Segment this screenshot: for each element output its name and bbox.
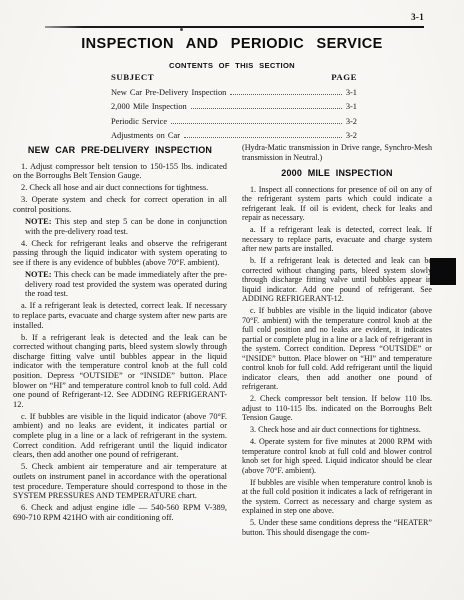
- right-column: (Hydra-Matic transmission in Drive range…: [242, 143, 432, 540]
- section-tab-marker: [430, 258, 456, 285]
- toc-subject-header: SUBJECT: [111, 72, 154, 82]
- step-paragraph: 2. Check all hose and air duct connectio…: [13, 183, 227, 193]
- toc-subject: New Car Pre-Delivery Inspection: [111, 88, 226, 97]
- step-paragraph: 2. Check compressor belt tension. If bel…: [242, 394, 432, 423]
- contents-header-row: SUBJECT PAGE: [111, 72, 357, 82]
- note-label: NOTE:: [25, 270, 52, 279]
- step-paragraph: b. If a refrigerant leak is detected and…: [13, 333, 227, 410]
- step-paragraph: If bubbles are visible when temperature …: [242, 478, 432, 516]
- note-label: NOTE:: [25, 217, 52, 226]
- step-paragraph: a. If a refrigerant leak is detected, co…: [13, 301, 227, 330]
- step-paragraph: 5. Under these same conditions depress t…: [242, 518, 432, 537]
- step-paragraph: 4. Operate system for five minutes at 20…: [242, 437, 432, 475]
- contents-heading: CONTENTS OF THIS SECTION: [0, 61, 464, 70]
- step-paragraph: 3. Check hose and air duct connections f…: [242, 425, 432, 435]
- toc-subject: Adjustments on Car: [111, 131, 180, 140]
- step-paragraph: 5. Check ambient air temperature and air…: [13, 462, 227, 500]
- contents-row: 2,000 Mile Inspection 3-1: [111, 102, 357, 111]
- toc-leader: [171, 122, 342, 124]
- toc-page: 3-1: [346, 88, 357, 97]
- section-heading-pre-delivery: NEW CAR PRE-DELIVERY INSPECTION: [13, 146, 227, 156]
- intro-paragraph: (Hydra-Matic transmission in Drive range…: [242, 143, 432, 162]
- header-rule: [45, 26, 424, 28]
- contents-table: SUBJECT PAGE New Car Pre-Delivery Inspec…: [111, 72, 357, 140]
- toc-page-header: PAGE: [331, 72, 357, 82]
- step-paragraph: c. If bubbles are visible in the liquid …: [13, 412, 227, 460]
- step-paragraph: 4. Check for refrigerant leaks and obser…: [13, 239, 227, 268]
- toc-subject: Periodic Service: [111, 117, 167, 126]
- contents-row: New Car Pre-Delivery Inspection 3-1: [111, 88, 357, 97]
- toc-subject: 2,000 Mile Inspection: [111, 102, 187, 111]
- note-paragraph: NOTE: This check can be made immediately…: [25, 270, 227, 299]
- step-paragraph: 3. Operate system and check for correct …: [13, 195, 227, 214]
- toc-page: 3-2: [346, 117, 357, 126]
- scan-speck: [180, 28, 183, 31]
- toc-page: 3-2: [346, 131, 357, 140]
- note-text: This step and step 5 can be done in conj…: [25, 217, 227, 236]
- toc-leader: [184, 136, 342, 138]
- toc-page: 3-1: [346, 102, 357, 111]
- toc-leader: [230, 93, 342, 95]
- step-paragraph: 1. Adjust compressor belt tension to 150…: [13, 162, 227, 181]
- section-heading-2000-mile: 2000 MILE INSPECTION: [242, 169, 432, 179]
- step-paragraph: a. If a refrigerant leak is detected, co…: [242, 225, 432, 254]
- step-paragraph: 1. Inspect all connections for presence …: [242, 185, 432, 223]
- step-paragraph: 6. Check and adjust engine idle — 540-56…: [13, 503, 227, 522]
- manual-page: 3-1 INSPECTION AND PERIODIC SERVICE CONT…: [0, 0, 464, 600]
- step-paragraph: b. If a refrigerant leak is detected and…: [242, 256, 432, 304]
- contents-row: Adjustments on Car 3-2: [111, 131, 357, 140]
- left-column: NEW CAR PRE-DELIVERY INSPECTION 1. Adjus…: [13, 146, 227, 525]
- page-title: INSPECTION AND PERIODIC SERVICE: [0, 36, 464, 52]
- toc-leader: [191, 107, 342, 109]
- note-paragraph: NOTE: This step and step 5 can be done i…: [25, 217, 227, 236]
- step-paragraph: c. If bubbles are visible in the liquid …: [242, 306, 432, 392]
- contents-row: Periodic Service 3-2: [111, 117, 357, 126]
- page-number: 3-1: [411, 12, 424, 22]
- note-text: This check can be made immediately after…: [25, 270, 227, 298]
